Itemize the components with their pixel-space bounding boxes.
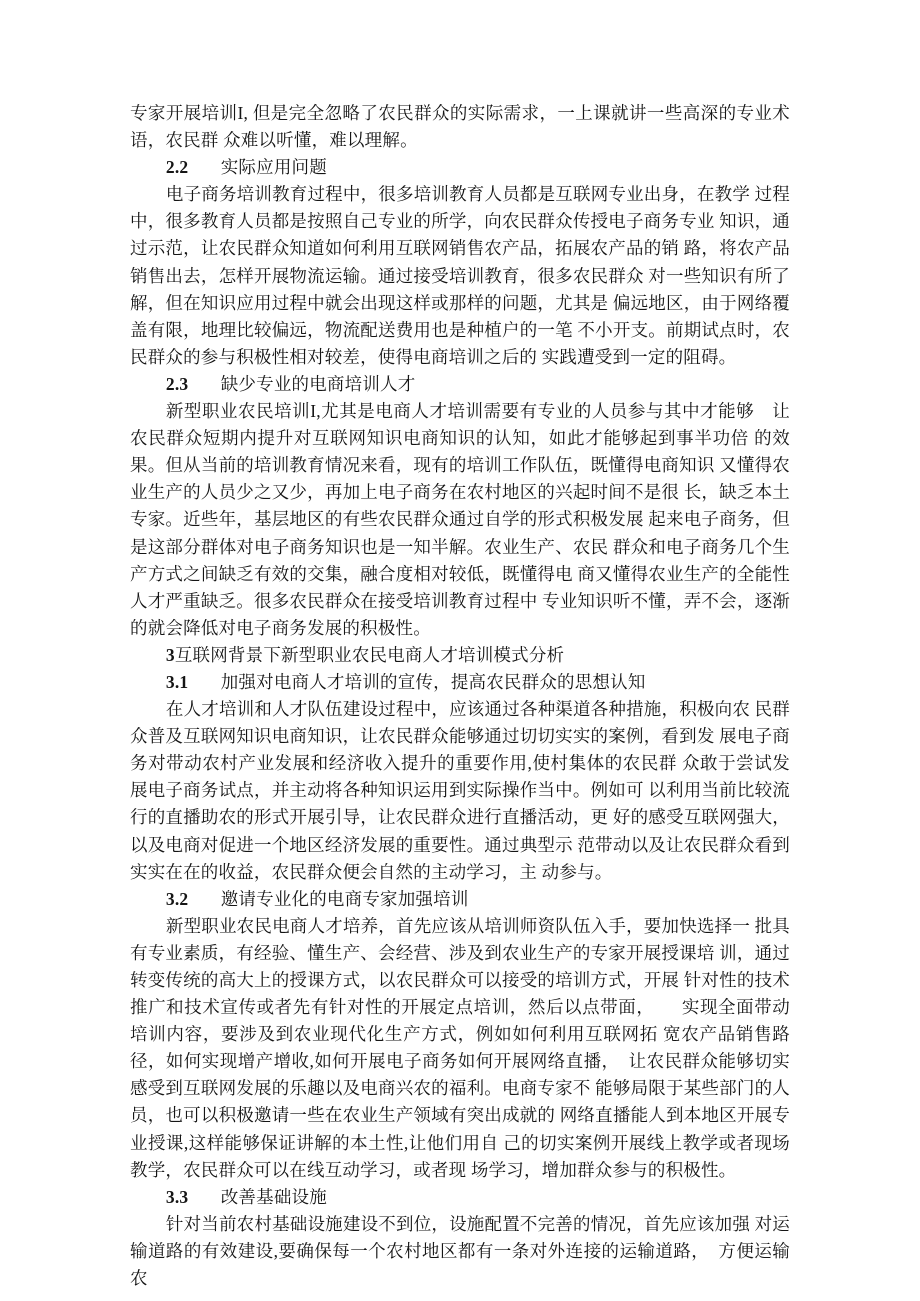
paragraph-2-2: 电子商务培训教育过程中，很多培训教育人员都是互联网专业出身，在教学 过程中，很多… (130, 181, 790, 371)
heading-number: 3.2 (166, 889, 188, 909)
heading-number: 2.2 (166, 157, 188, 177)
heading-3: 3互联网背景下新型职业农民电商人才培训模式分析 (130, 642, 790, 669)
heading-title: 改善基础设施 (221, 1187, 327, 1207)
heading-3-1: 3.1加强对电商人才培训的宣传，提高农民群众的思想认知 (130, 669, 790, 696)
heading-title: 邀请专业化的电商专家加强培训 (221, 889, 469, 909)
heading-title: 互联网背景下新型职业农民电商人才培训模式分析 (175, 645, 564, 665)
heading-number: 3.1 (166, 672, 188, 692)
paragraph-3-2: 新型职业农民电商人才培养，首先应该从培训师资队伍入手，要加快选择一 批具有专业素… (130, 913, 790, 1184)
paragraph-continued: 专家开展培训I, 但是完全忽略了农民群众的实际需求，一上课就讲一些高深的专业术语… (130, 100, 790, 154)
heading-title: 加强对电商人才培训的宣传，提高农民群众的思想认知 (221, 672, 646, 692)
heading-number: 3.3 (166, 1187, 188, 1207)
heading-3-2: 3.2邀请专业化的电商专家加强培训 (130, 886, 790, 913)
document-page: 专家开展培训I, 但是完全忽略了农民群众的实际需求，一上课就讲一些高深的专业术语… (0, 0, 920, 1301)
paragraph-3-1: 在人才培训和人才队伍建设过程中，应该通过各种渠道各种措施，积极向农 民群众普及互… (130, 696, 790, 886)
heading-3-3: 3.3改善基础设施 (130, 1184, 790, 1211)
paragraph-2-3: 新型职业农民培训I,尤其是电商人才培训需要有专业的人员参与其中才能够 让农民群众… (130, 398, 790, 642)
heading-2-2: 2.2实际应用问题 (130, 154, 790, 181)
heading-number: 3 (166, 645, 175, 665)
heading-title: 实际应用问题 (221, 157, 327, 177)
heading-number: 2.3 (166, 374, 188, 394)
heading-2-3: 2.3缺少专业的电商培训人才 (130, 371, 790, 398)
paragraph-3-3: 针对当前农村基础设施建设不到位，设施配置不完善的情况，首先应该加强 对运输道路的… (130, 1211, 790, 1292)
heading-title: 缺少专业的电商培训人才 (221, 374, 416, 394)
